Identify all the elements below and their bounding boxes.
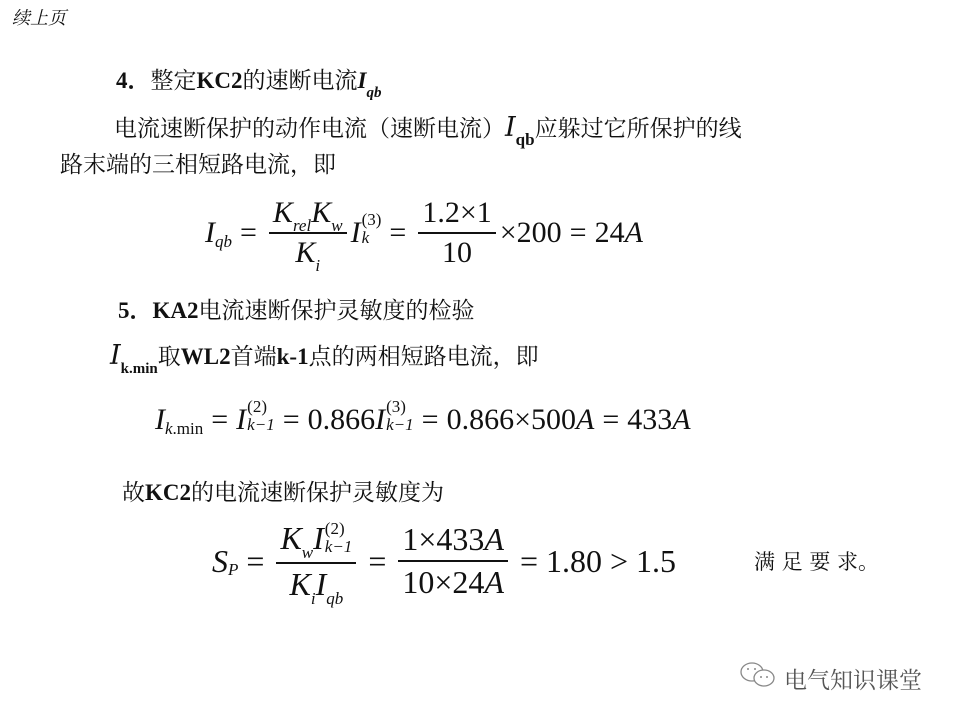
formula-term: K <box>311 196 331 229</box>
equals-sign: = <box>246 543 264 580</box>
formula-sup: (2) <box>247 398 275 416</box>
unit: A <box>576 403 594 437</box>
formula-term: I <box>313 520 324 556</box>
formula-sub: P <box>228 560 238 580</box>
unit: A <box>672 403 690 437</box>
equals-sign: = <box>368 543 386 580</box>
formula-term: I <box>375 403 385 437</box>
relay-code: KC2 <box>145 480 191 505</box>
denominator: 10×24 <box>402 564 484 600</box>
unit: A <box>484 521 504 557</box>
equals-sign: = <box>422 403 439 437</box>
para-text: 故 <box>122 480 145 506</box>
numerator: 1.2×1 <box>418 196 495 232</box>
formula-result: 24 <box>595 216 625 250</box>
formula-sub: w <box>302 543 313 562</box>
fraction: 1.2×1 10 <box>418 196 495 270</box>
var-subscript: k.min <box>121 361 158 377</box>
formula-iqb: Iqb = KrelKw Ki I(3)k = 1.2×1 10 ×200 = … <box>205 196 643 270</box>
section-number: 4． <box>116 68 151 93</box>
formula-sensitivity: SP = KwI(2)k−1 KiIqb = 1×433A 10×24A = 1… <box>212 520 676 603</box>
formula-term: I <box>236 403 246 437</box>
formula-ikmin: Ik.min = I(2)k−1 = 0.866I(3)k−1 = 0.866×… <box>155 402 691 438</box>
formula-term: I <box>205 216 215 250</box>
formula-term: I <box>316 566 327 602</box>
var-symbol: I <box>110 340 121 371</box>
formula-term: K <box>295 236 315 269</box>
formula-term: S <box>212 543 228 580</box>
section5-heading: 5．KA2电流速断保护灵敏度的检验 <box>118 292 475 325</box>
formula-term: K <box>280 520 301 556</box>
section4-paragraph-line1: 电流速断保护的动作电流（速断电流）Iqb应躲过它所保护的线 <box>114 110 742 143</box>
para-text: 首端 <box>231 344 277 370</box>
para-text: 点的两相短路电流，即 <box>309 344 539 370</box>
formula-term: 0.866×500 <box>447 403 576 437</box>
equals-sign: = <box>389 216 406 250</box>
line-code: WL2 <box>181 344 231 369</box>
formula-sub: i <box>311 589 316 608</box>
formula-sub: qb <box>326 589 343 608</box>
relay-code: KC2 <box>197 68 243 93</box>
formula-result: 433 <box>627 403 672 437</box>
section5-line: Ik.min取WL2首端k-1点的两相短路电流，即 <box>110 338 539 371</box>
var-subscript: qb <box>366 85 381 101</box>
numerator: 1×433 <box>402 521 484 557</box>
formula-sub: k−1 <box>325 538 353 556</box>
relay-code: KA2 <box>153 298 199 323</box>
equals-sign: = <box>240 216 257 250</box>
para-text: 的电流速断保护灵敏度为 <box>191 480 444 506</box>
verdict-text: 满 足 要 求。 <box>754 546 879 576</box>
fraction: KwI(2)k−1 KiIqb <box>276 520 356 603</box>
equals-sign: = <box>602 403 619 437</box>
equals-sign: = <box>520 543 538 580</box>
formula-sub: qb <box>215 232 232 252</box>
formula-term: ×200 <box>500 216 562 250</box>
point-code: k-1 <box>277 344 309 369</box>
formula-term: I <box>351 216 361 250</box>
formula-sub: w <box>331 216 342 235</box>
formula-sub: .min <box>173 419 204 439</box>
var-subscript: qb <box>516 130 535 149</box>
formula-sub: k <box>165 419 173 439</box>
formula-term: I <box>155 403 165 437</box>
formula-term: K <box>290 566 311 602</box>
formula-sup: (3) <box>362 211 382 229</box>
formula-sub: i <box>315 256 320 275</box>
unit: A <box>625 216 643 250</box>
var-symbol: I <box>505 112 516 143</box>
heading-text: 电流速断保护灵敏度的检验 <box>199 298 475 324</box>
formula-sub: k−1 <box>386 416 414 434</box>
watermark: 电气知识课堂 <box>738 660 922 696</box>
formula-sub: k <box>362 229 382 247</box>
wechat-icon <box>738 660 778 696</box>
equals-sign: = <box>211 403 228 437</box>
section-number: 5． <box>118 298 153 323</box>
conclusion-line: 故KC2的电流速断保护灵敏度为 <box>122 474 444 507</box>
para-text: 取 <box>158 344 181 370</box>
heading-text: 的速断电流 <box>243 68 358 94</box>
fraction: 1×433A 10×24A <box>398 521 508 601</box>
para-text: 电流速断保护的动作电流（速断电流） <box>114 116 505 142</box>
formula-term: K <box>273 196 293 229</box>
coefficient: 0.866 <box>308 403 376 437</box>
formula-sub: k−1 <box>247 416 275 434</box>
section4-paragraph-line2: 路末端的三相短路电流，即 <box>60 146 336 179</box>
para-text: 应躲过它所保护的线 <box>535 116 742 142</box>
formula-sup: (2) <box>325 520 353 538</box>
heading-text: 整定 <box>151 68 197 94</box>
equals-sign: = <box>283 403 300 437</box>
fraction: KrelKw Ki <box>269 196 347 270</box>
continued-label: 续上页 <box>12 4 66 30</box>
equals-sign: = <box>570 216 587 250</box>
section4-heading: 4．整定KC2的速断电流Iqb <box>116 62 381 95</box>
formula-sub: rel <box>293 216 311 235</box>
formula-result: 1.80 > 1.5 <box>546 543 676 580</box>
watermark-text: 电气知识课堂 <box>784 662 922 695</box>
unit: A <box>484 564 504 600</box>
denominator: 10 <box>418 232 495 270</box>
formula-sup: (3) <box>386 398 414 416</box>
